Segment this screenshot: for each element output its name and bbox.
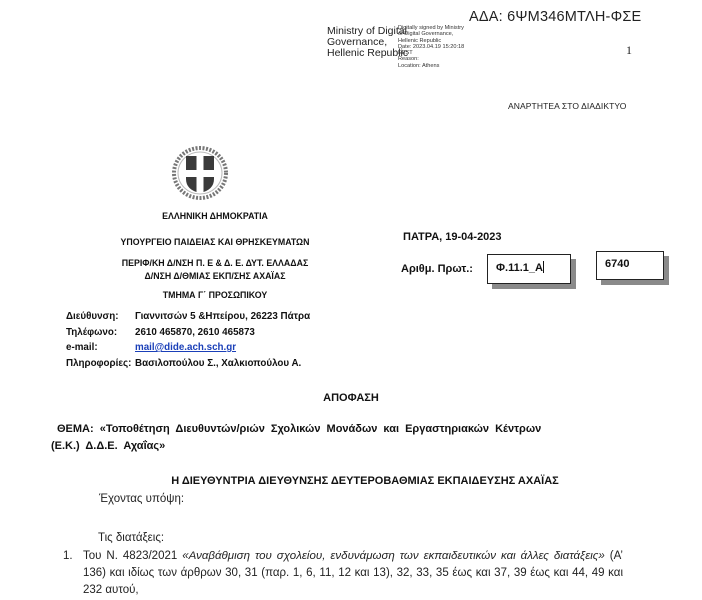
list-item: 1. Του Ν. 4823/2021 «Αναβάθμιση του σχολ… <box>63 548 623 599</box>
contact-value: Βασιλοπούλου Σ., Χαλκιοπούλου Α. <box>135 356 301 372</box>
page-number: 1 <box>626 43 632 58</box>
contact-info: Διεύθυνση: Γιαννιτσών 5 &Ηπείρου, 26223 … <box>66 309 310 371</box>
law-title: «Αναβάθμιση του σχολείου, ενδυνάμωση των… <box>182 550 605 562</box>
subject: ΘΕΜΑ: «Τοποθέτηση Διευθυντών/ριών Σχολικ… <box>57 421 642 455</box>
protocol-code: Φ.11.1_Α <box>496 262 543 274</box>
contact-row-info: Πληροφορίες: Βασιλοπούλου Σ., Χαλκιοπούλ… <box>66 356 310 372</box>
contact-label: Πληροφορίες: <box>66 356 135 372</box>
protocol-number-box: 6740 <box>596 251 664 280</box>
region-line: Δ/ΝΣΗ Δ/ΘΜΙΑΣ ΕΚΠ/ΣΗΣ ΑΧΑΪΑΣ <box>70 270 360 283</box>
signature-detail-line: Location: Athens <box>398 63 464 69</box>
ministry-title: ΥΠΟΥΡΓΕΙΟ ΠΑΙΔΕΙΑΣ ΚΑΙ ΘΡΗΣΚΕΥΜΑΤΩΝ <box>70 237 360 247</box>
subject-line: (Ε.Κ.) Δ.Δ.Ε. Αχαΐας» <box>51 438 642 455</box>
contact-label: Διεύθυνση: <box>66 309 135 325</box>
protocol-label: Αριθμ. Πρωτ.: <box>401 263 473 275</box>
provisions-list: 1. Του Ν. 4823/2021 «Αναβάθμιση του σχολ… <box>63 548 623 599</box>
department-title: ΤΜΗΜΑ Γ΄ ΠΡΟΣΩΠΙΚΟΥ <box>70 290 360 300</box>
subject-line: ΘΕΜΑ: «Τοποθέτηση Διευθυντών/ριών Σχολικ… <box>57 423 541 435</box>
contact-row-phone: Τηλέφωνο: 2610 465870, 2610 465873 <box>66 325 310 341</box>
director-title: Η ΔΙΕΥΘΥΝΤΡΙΑ ΔΙΕΥΘΥΝΣΗΣ ΔΕΥΤΕΡΟΒΑΘΜΙΑΣ … <box>0 475 702 487</box>
having-regard: Έχοντας υπόψη: <box>99 493 184 505</box>
signer-line: Hellenic Republic <box>327 48 408 59</box>
ada-code: ΑΔΑ: 6ΨΜ346ΜΤΛΗ-ΦΣΕ <box>469 9 641 25</box>
text-cursor <box>543 261 544 273</box>
list-number: 1. <box>63 548 73 565</box>
contact-label: Τηλέφωνο: <box>66 325 135 341</box>
publish-note: ΑΝΑΡΤΗΤΕΑ ΣΤΟ ΔΙΑΔΙΚΤΥΟ <box>508 101 626 111</box>
greek-coat-of-arms-icon <box>171 146 229 200</box>
republic-title: ΕΛΛΗΝΙΚΗ ΔΗΜΟΚΡΑΤΙΑ <box>70 211 360 221</box>
list-text: Του Ν. 4823/2021 «Αναβάθμιση του σχολείο… <box>83 548 623 599</box>
contact-row-address: Διεύθυνση: Γιαννιτσών 5 &Ηπείρου, 26223 … <box>66 309 310 325</box>
protocol-code-box: Φ.11.1_Α <box>487 254 571 284</box>
region-line: ΠΕΡΙΦ/ΚΗ Δ/ΝΣΗ Π. Ε & Δ. Ε. ΔΥΤ. ΕΛΛΑΔΑΣ <box>70 257 360 270</box>
provisions-heading: Τις διατάξεις: <box>98 532 164 544</box>
contact-label: e-mail: <box>66 340 135 356</box>
city-date: ΠΑΤΡΑ, 19-04-2023 <box>403 231 502 243</box>
contact-value: Γιαννιτσών 5 &Ηπείρου, 26223 Πάτρα <box>135 309 310 325</box>
protocol-number: 6740 <box>605 258 629 270</box>
digital-signer: Ministry of Digital Governance, Hellenic… <box>327 26 408 59</box>
decision-title: ΑΠΟΦΑΣΗ <box>0 392 702 404</box>
law-reference: Του Ν. 4823/2021 <box>83 550 182 562</box>
contact-row-email: e-mail: mail@dide.ach.sch.gr <box>66 340 310 356</box>
email-link[interactable]: mail@dide.ach.sch.gr <box>135 340 236 356</box>
regional-directorate: ΠΕΡΙΦ/ΚΗ Δ/ΝΣΗ Π. Ε & Δ. Ε. ΔΥΤ. ΕΛΛΑΔΑΣ… <box>70 257 360 283</box>
contact-value: 2610 465870, 2610 465873 <box>135 325 255 341</box>
signature-details: Digitally signed by Ministry of Digital … <box>398 25 464 69</box>
